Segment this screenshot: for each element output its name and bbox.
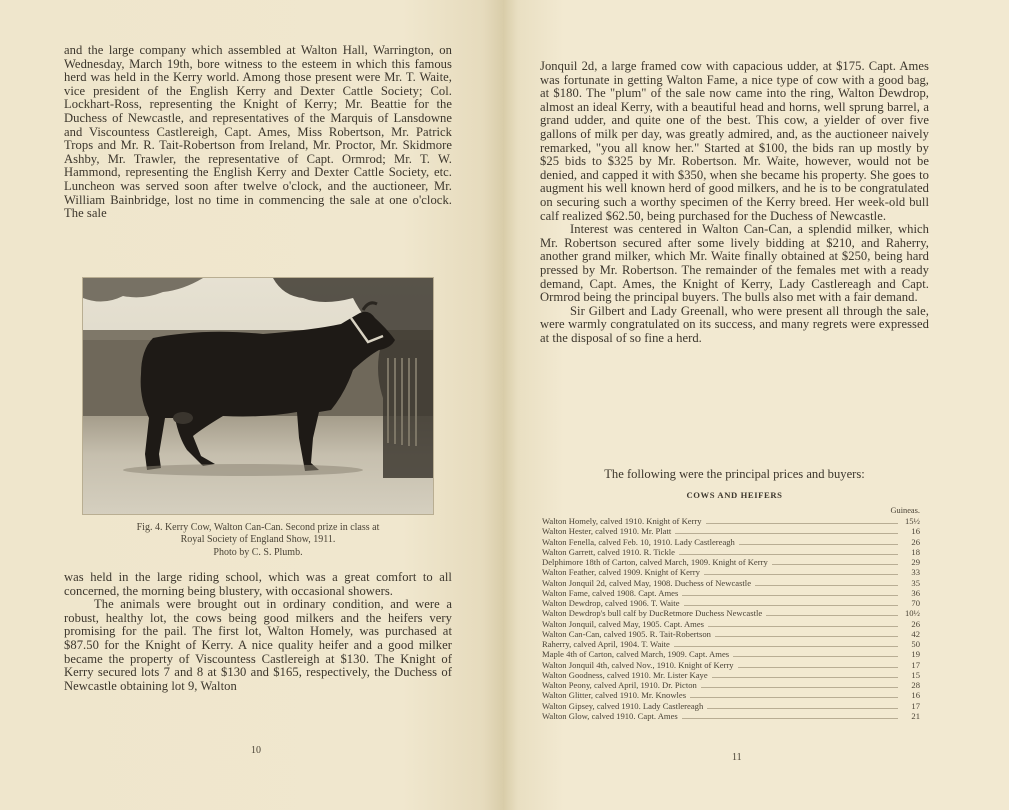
paragraph: Sir Gilbert and Lady Greenall, who were …	[540, 305, 929, 346]
table-row: Maple 4th of Carton, calved March, 1909.…	[542, 649, 920, 659]
table-row: Walton Peony, calved April, 1910. Dr. Pi…	[542, 680, 920, 690]
row-description: Walton Jonquil 2d, calved May, 1908. Duc…	[542, 578, 751, 588]
caption-line-1: Fig. 4. Kerry Cow, Walton Can-Can. Secon…	[64, 522, 452, 534]
row-price: 16	[902, 690, 920, 700]
row-price: 42	[902, 629, 920, 639]
dot-leader	[679, 553, 898, 555]
row-price: 21	[902, 711, 920, 721]
left-page: and the large company which assembled at…	[0, 0, 503, 810]
row-price: 36	[902, 588, 920, 598]
table-row: Walton Dewdrop's bull calf by DucRetmore…	[542, 608, 920, 618]
table-row: Walton Jonquil 2d, calved May, 1908. Duc…	[542, 578, 920, 588]
row-price: 15	[902, 670, 920, 680]
figure-caption: Fig. 4. Kerry Cow, Walton Can-Can. Secon…	[64, 522, 452, 559]
table-row: Walton Jonquil 4th, calved Nov., 1910. K…	[542, 660, 920, 670]
row-description: Walton Glow, calved 1910. Capt. Ames	[542, 711, 678, 721]
row-description: Walton Can-Can, calved 1905. R. Tait-Rob…	[542, 629, 711, 639]
row-description: Walton Garrett, calved 1910. R. Tickle	[542, 547, 675, 557]
table-row: Raherry, calved April, 1904. T. Waite50	[542, 639, 920, 649]
table-row: Walton Dewdrop, calved 1906. T. Waite70	[542, 598, 920, 608]
dot-leader	[675, 532, 898, 534]
row-description: Walton Hester, calved 1910. Mr. Platt	[542, 526, 671, 536]
row-price: 29	[902, 557, 920, 567]
dot-leader	[712, 676, 898, 678]
row-price: 16	[902, 526, 920, 536]
price-table: Guineas. Walton Homely, calved 1910. Kni…	[542, 506, 920, 721]
row-price: 50	[902, 639, 920, 649]
row-price: 10½	[902, 608, 920, 618]
row-price: 70	[902, 598, 920, 608]
table-row: Walton Fame, calved 1908. Capt. Ames36	[542, 588, 920, 598]
section-heading: COWS AND HEIFERS	[540, 490, 929, 500]
row-description: Walton Jonquil 4th, calved Nov., 1910. K…	[542, 660, 734, 670]
row-description: Walton Glitter, calved 1910. Mr. Knowles	[542, 690, 686, 700]
left-page-text-bottom: was held in the large riding school, whi…	[64, 571, 452, 693]
book-spread: and the large company which assembled at…	[0, 0, 1009, 810]
row-description: Walton Jonquil, calved May, 1905. Capt. …	[542, 619, 704, 629]
row-price: 28	[902, 680, 920, 690]
row-description: Walton Peony, calved April, 1910. Dr. Pi…	[542, 680, 697, 690]
caption-line-2: Royal Society of England Show, 1911.	[64, 534, 452, 546]
table-row: Walton Garrett, calved 1910. R. Tickle18	[542, 547, 920, 557]
dot-leader	[766, 614, 898, 616]
price-list-intro: The following were the principal prices …	[540, 467, 929, 482]
dot-leader	[704, 573, 898, 575]
table-row: Walton Homely, calved 1910. Knight of Ke…	[542, 516, 920, 526]
table-row: Walton Glow, calved 1910. Capt. Ames21	[542, 711, 920, 721]
dot-leader	[755, 584, 898, 586]
paragraph: and the large company which assembled at…	[64, 44, 452, 221]
row-description: Walton Dewdrop, calved 1906. T. Waite	[542, 598, 680, 608]
dot-leader	[715, 635, 898, 637]
dot-leader	[772, 563, 898, 565]
table-row: Walton Gipsey, calved 1910. Lady Castler…	[542, 701, 920, 711]
row-price: 17	[902, 701, 920, 711]
row-description: Maple 4th of Carton, calved March, 1909.…	[542, 649, 729, 659]
dot-leader	[684, 604, 898, 606]
paragraph: The animals were brought out in ordinary…	[64, 598, 452, 693]
row-price: 19	[902, 649, 920, 659]
table-row: Walton Hester, calved 1910. Mr. Platt16	[542, 526, 920, 536]
table-row: Walton Glitter, calved 1910. Mr. Knowles…	[542, 690, 920, 700]
row-price: 33	[902, 567, 920, 577]
row-price: 17	[902, 660, 920, 670]
row-description: Walton Feather, calved 1909. Knight of K…	[542, 567, 700, 577]
kerry-cow-image	[83, 278, 433, 514]
row-price: 15½	[902, 516, 920, 526]
dot-leader	[706, 522, 898, 524]
dot-leader	[690, 696, 898, 698]
dot-leader	[738, 666, 898, 668]
dot-leader	[707, 707, 898, 709]
left-page-text-top: and the large company which assembled at…	[64, 44, 452, 221]
row-price: 26	[902, 619, 920, 629]
table-row: Walton Goodness, calved 1910. Mr. Lister…	[542, 670, 920, 680]
page-number-left: 10	[251, 745, 261, 756]
row-description: Walton Fame, calved 1908. Capt. Ames	[542, 588, 678, 598]
row-description: Delphimore 18th of Carton, calved March,…	[542, 557, 768, 567]
paragraph: Jonquil 2d, a large framed cow with capa…	[540, 60, 929, 223]
table-row: Walton Feather, calved 1909. Knight of K…	[542, 567, 920, 577]
unit-header: Guineas.	[542, 506, 920, 516]
dot-leader	[733, 655, 898, 657]
table-row: Walton Fenella, calved Feb. 10, 1910. La…	[542, 537, 920, 547]
right-page-text: Jonquil 2d, a large framed cow with capa…	[540, 60, 929, 345]
row-description: Walton Gipsey, calved 1910. Lady Castler…	[542, 701, 703, 711]
caption-line-3: Photo by C. S. Plumb.	[64, 547, 452, 559]
row-price: 35	[902, 578, 920, 588]
dot-leader	[682, 717, 898, 719]
dot-leader	[708, 625, 898, 627]
table-row: Delphimore 18th of Carton, calved March,…	[542, 557, 920, 567]
table-row: Walton Jonquil, calved May, 1905. Capt. …	[542, 619, 920, 629]
paragraph: was held in the large riding school, whi…	[64, 571, 452, 598]
page-number-right: 11	[732, 752, 742, 763]
row-price: 26	[902, 537, 920, 547]
dot-leader	[739, 543, 898, 545]
dot-leader	[682, 594, 898, 596]
paragraph: Interest was centered in Walton Can-Can,…	[540, 223, 929, 305]
table-row: Walton Can-Can, calved 1905. R. Tait-Rob…	[542, 629, 920, 639]
cow-photograph	[82, 277, 434, 515]
row-description: Walton Homely, calved 1910. Knight of Ke…	[542, 516, 702, 526]
row-price: 18	[902, 547, 920, 557]
dot-leader	[674, 645, 898, 647]
row-description: Walton Dewdrop's bull calf by DucRetmore…	[542, 608, 762, 618]
row-description: Walton Fenella, calved Feb. 10, 1910. La…	[542, 537, 735, 547]
row-description: Raherry, calved April, 1904. T. Waite	[542, 639, 670, 649]
row-description: Walton Goodness, calved 1910. Mr. Lister…	[542, 670, 708, 680]
dot-leader	[701, 686, 898, 688]
